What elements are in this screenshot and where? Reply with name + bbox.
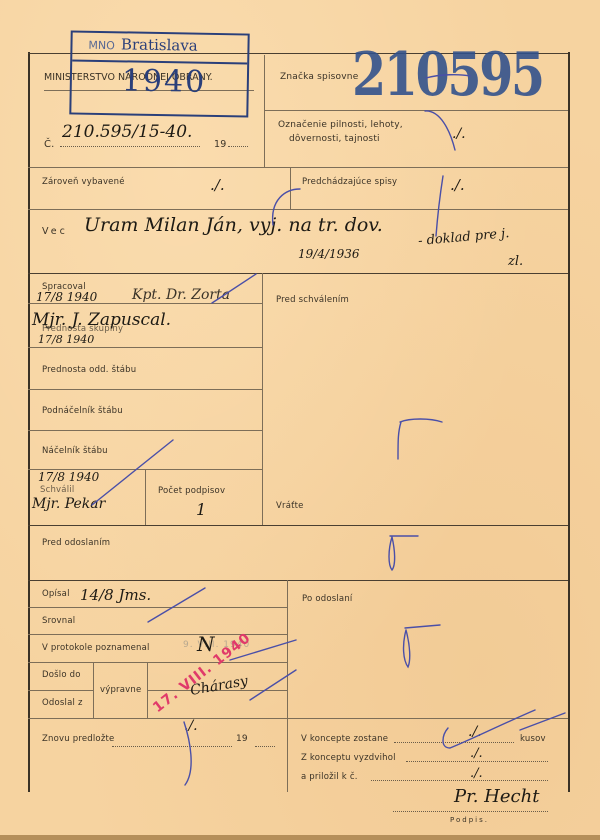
vratte-label: Vráťte	[276, 501, 304, 511]
pred-schvalenim-label: Pred schválením	[276, 295, 349, 305]
schvalil-signature: Mjr. Pekar	[32, 496, 105, 512]
row-rule	[28, 273, 568, 274]
approval-rule	[28, 389, 262, 390]
protokol-label: V protokole poznamenal	[42, 643, 150, 653]
stamp-city: MNOBratislava	[88, 35, 198, 55]
po-odoslani-label: Po odoslaní	[302, 594, 352, 604]
prilozil-value: ./.	[470, 766, 483, 781]
cislo-label: Č.	[44, 139, 55, 150]
prilozil-label: a priložil k č.	[301, 772, 358, 782]
oznacenie-value: ./.	[452, 126, 466, 142]
pocet-label: Počet podpisov	[158, 486, 225, 496]
spracoval-signature: Kpt. Dr. Zorta	[132, 287, 230, 303]
znovu-year-prefix: 19	[236, 734, 248, 744]
vec-line-2: 19/4/1936	[298, 247, 360, 261]
approval-divider	[262, 273, 263, 525]
oznacenie-label-1: Označenie pilnosti, lehoty,	[278, 120, 403, 130]
sending-rule	[28, 607, 287, 608]
podpis-dotted-line	[393, 811, 548, 812]
row-rule	[28, 525, 568, 526]
doslo-do-label: Došlo do	[42, 670, 81, 680]
znovu-dotted-line	[112, 746, 232, 747]
stamp-year: 1940	[122, 63, 207, 99]
registry-stamp: MNOBratislava 1940	[69, 30, 249, 117]
header-divider	[264, 55, 265, 167]
stamp-abbreviation: MNO	[88, 39, 115, 52]
cislo-dotted-line	[60, 146, 200, 147]
schvalil-label: Schválil	[40, 485, 74, 495]
row-rule	[28, 718, 568, 719]
prilozil-dotted-line	[371, 780, 548, 781]
pred-odoslanim-label: Pred odoslaním	[42, 538, 110, 548]
nacelnik-label: Náčelník štábu	[42, 446, 108, 456]
footer-divider	[287, 718, 288, 792]
koncept-zostane-value: ./.	[468, 724, 482, 740]
z-konceptu-label: Z konceptu vyzdvihol	[301, 753, 396, 763]
form-left-border	[28, 52, 30, 792]
cislo-year-dotted-line	[228, 146, 248, 147]
odoslal-z-label: Odoslal z	[42, 698, 83, 708]
prednosta-skupiny-date: 17/8 1940	[38, 333, 94, 346]
opisal-srovnal-value: 14/8 Jms.	[80, 586, 151, 604]
schvalil-divider	[145, 469, 146, 525]
znacka-label: Značka spisovne	[280, 72, 358, 82]
predchadzajuce-label: Predchádzajúce spisy	[302, 177, 397, 187]
srovnal-label: Srovnal	[42, 616, 75, 626]
prednosta-odd-label: Prednosta odd. štábu	[42, 365, 136, 375]
vec-mark: zl.	[508, 254, 523, 269]
protokol-signature: N	[197, 632, 215, 656]
stamp-city-name: Bratislava	[121, 35, 198, 54]
z-konceptu-dotted-line	[406, 761, 548, 762]
schvalil-date: 17/8 1940	[38, 470, 99, 484]
file-number-stamp: 210595	[352, 40, 543, 110]
zaroven-label: Zároveň vybavené	[42, 177, 125, 187]
row-rule	[28, 167, 568, 168]
footer-signature: Pr. Hecht	[454, 786, 539, 807]
kusov-label: kusov	[520, 734, 546, 744]
koncept-zostane-label: V koncepte zostane	[301, 734, 388, 744]
podnacelnik-label: Podnáčelník štábu	[42, 406, 123, 416]
row-rule	[28, 580, 568, 581]
row-rule	[28, 209, 568, 210]
doslo-rule	[28, 690, 93, 691]
form-right-border	[568, 52, 570, 792]
oznacenie-label-2: dôvernosti, tajnosti	[289, 134, 380, 144]
znovu-label: Znovu predložte	[42, 734, 114, 744]
spracoval-date: 17/8 1940	[36, 290, 97, 304]
pocet-value: 1	[196, 500, 206, 519]
cislo-value: 210.595/15-40.	[62, 122, 192, 142]
doslo-divider	[93, 662, 94, 718]
sending-divider	[287, 580, 288, 718]
predchadzajuce-value: ./.	[450, 176, 465, 194]
zaroven-value: ./.	[210, 176, 225, 194]
prednosta-skupiny-signature: Mjr. J. Zapuscal.	[32, 310, 171, 330]
opisal-label: Opísal	[42, 589, 70, 599]
approval-rule	[28, 347, 262, 348]
znovu-value: ./.	[184, 718, 198, 734]
approval-rule	[28, 430, 262, 431]
znovu-year-dotted-line	[255, 746, 275, 747]
vec-line-1: Uram Milan Ján, vyj. na tr. dov.	[84, 214, 383, 236]
cislo-year-prefix: 19	[214, 139, 227, 150]
header-rule	[264, 110, 568, 111]
page-edge	[0, 835, 600, 840]
podpis-label: Podpis.	[450, 816, 489, 824]
zaroven-divider	[290, 167, 291, 209]
z-konceptu-value: ./.	[470, 746, 483, 761]
sending-rule	[28, 662, 287, 663]
vypravne-label: výpravne	[100, 685, 141, 695]
vec-label: Vec	[42, 226, 68, 237]
koncept-dotted-line	[394, 742, 514, 743]
